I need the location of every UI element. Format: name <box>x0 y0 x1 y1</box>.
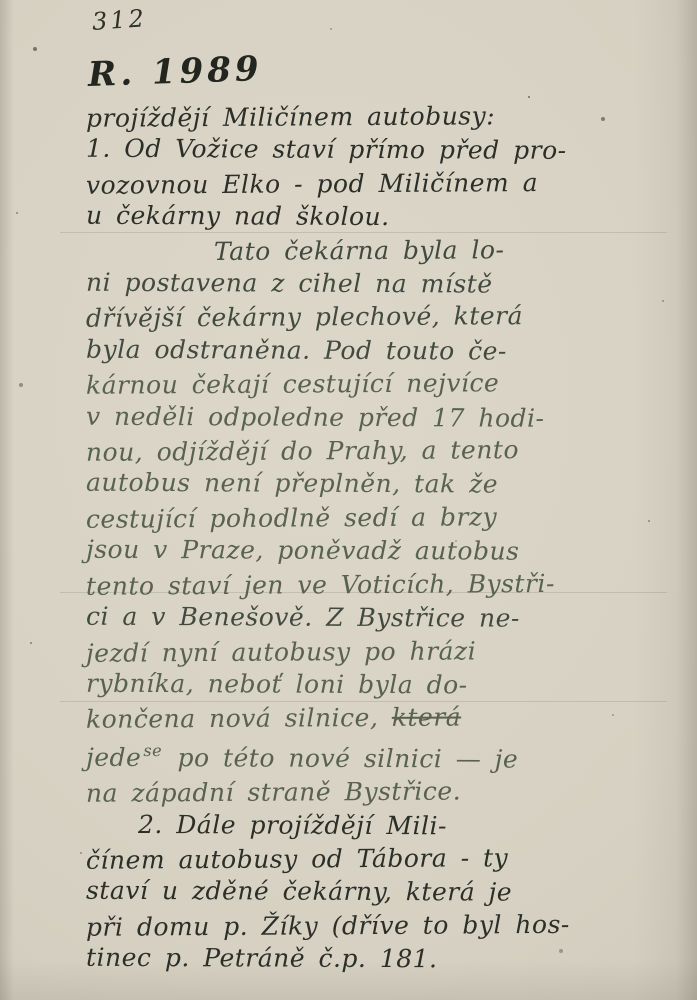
text-line: ni postavena z cihel na místě <box>86 266 666 302</box>
text-line: staví u zděné čekárny, která je <box>86 874 666 910</box>
text-line: v neděli odpoledne před 17 hodi- <box>86 399 666 435</box>
text-line: 2. Dále projíždějí Mili- <box>86 807 666 843</box>
text-line: dřívější čekárny plechové, která <box>86 299 666 336</box>
text-segment: končena nová silnice, <box>86 703 392 734</box>
text-line: projíždějí Miličínem autobusy: <box>86 98 666 135</box>
text-line: čínem autobusy od Tábora - ty <box>86 840 666 877</box>
page-number: 312 <box>91 4 148 36</box>
text-line: jedese po této nové silnici — je <box>86 733 666 776</box>
struck-word: která <box>392 703 462 732</box>
text-line: na západní straně Bystřice. <box>86 773 666 810</box>
text-line: jezdí nyní autobusy po hrázi <box>86 633 666 670</box>
text-line: byla odstraněna. Pod touto če- <box>86 333 666 369</box>
text-line: autobus není přeplněn, tak že <box>86 466 666 502</box>
manuscript-body: projíždějí Miličínem autobusy: 1. Od Vož… <box>86 100 666 976</box>
text-line: nou, odjíždějí do Prahy, a tento <box>86 432 666 469</box>
scan-noise-specks <box>0 0 2 2</box>
text-line: tinec p. Petráně č.p. 181. <box>86 941 666 977</box>
text-segment: jede <box>86 742 141 771</box>
text-line: tento staví jen ve Voticích, Bystři- <box>86 566 666 603</box>
text-line: končena nová silnice, která <box>86 700 666 737</box>
year-heading: R. 1989 <box>87 49 263 95</box>
inserted-word: se <box>143 741 162 760</box>
text-line: jsou v Praze, poněvadž autobus <box>86 533 666 569</box>
text-line: kárnou čekají cestující nejvíce <box>86 365 666 402</box>
text-line: vozovnou Elko - pod Miličínem a <box>86 165 666 202</box>
text-line: při domu p. Žíky (dříve to byl hos- <box>86 907 666 944</box>
text-line: Tato čekárna byla lo- <box>86 232 666 269</box>
text-line: u čekárny nad školou. <box>86 199 666 235</box>
text-line: rybníka, neboť loni byla do- <box>86 667 666 703</box>
text-line: 1. Od Vožice staví přímo před pro- <box>86 132 666 168</box>
text-line: cestující pohodlně sedí a brzy <box>86 499 666 536</box>
manuscript-page: 312 R. 1989 projíždějí Miličínem autobus… <box>0 0 697 1000</box>
text-segment: po této nové silnici — je <box>164 743 518 774</box>
text-line: ci a v Benešově. Z Bystřice ne- <box>86 600 666 636</box>
